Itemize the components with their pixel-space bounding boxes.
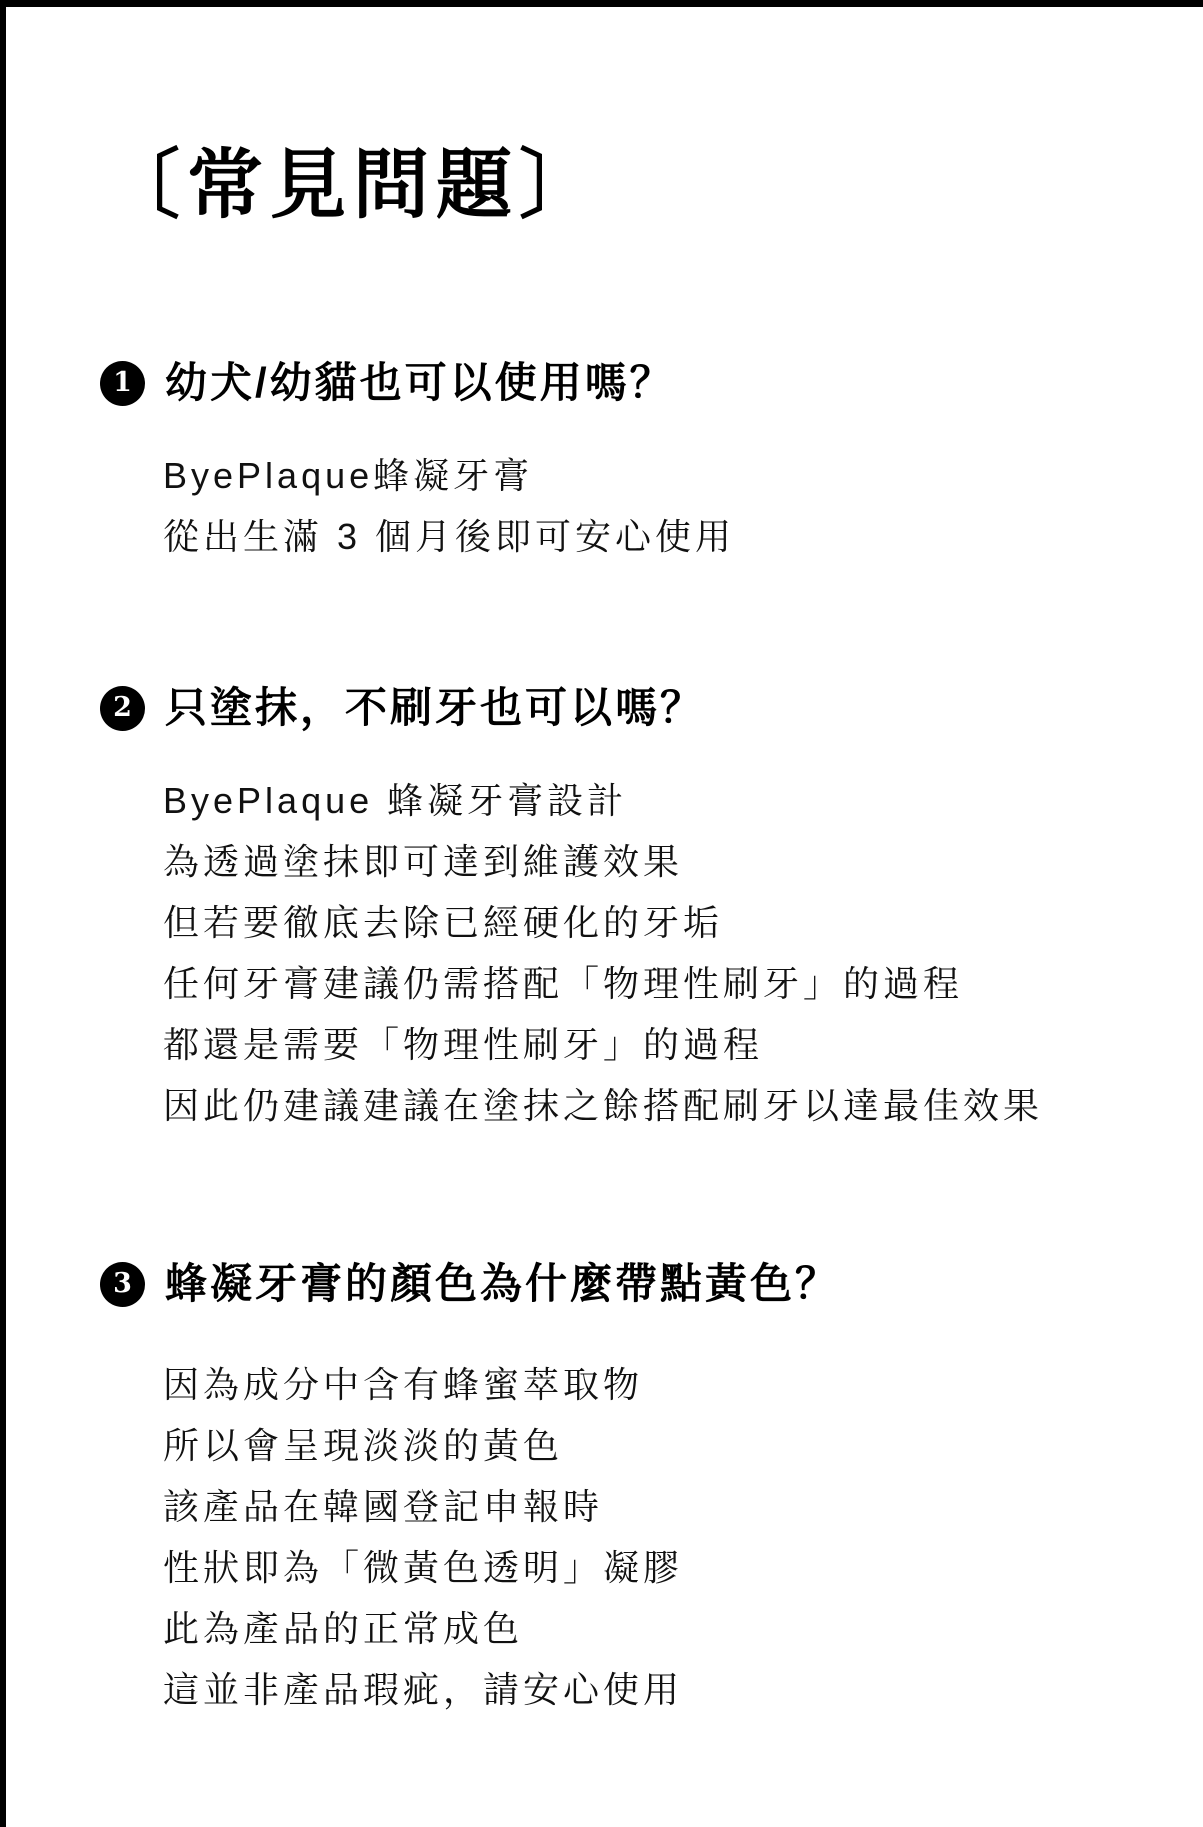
faq-item-2: 2 只塗抹，不刷牙也可以嗎？ ByePlaque 蜂凝牙膏設計 為透過塗抹即可達… bbox=[0, 682, 1203, 1136]
answer-line: 都還是需要「物理性刷牙」的過程 bbox=[163, 1014, 1203, 1075]
answer-line: 這並非產品瑕疵，請安心使用 bbox=[163, 1659, 1203, 1720]
answer-line: 所以會呈現淡淡的黃色 bbox=[163, 1415, 1203, 1476]
answer-line: 為透過塗抹即可達到維護效果 bbox=[163, 831, 1203, 892]
faq-answer-3: 因為成分中含有蜂蜜萃取物 所以會呈現淡淡的黃色 該產品在韓國登記申報時 性狀即為… bbox=[163, 1354, 1203, 1720]
answer-line: 性狀即為「微黃色透明」凝膠 bbox=[163, 1537, 1203, 1598]
answer-line: 該產品在韓國登記申報時 bbox=[163, 1476, 1203, 1537]
faq-question-text-1: 幼犬/幼貓也可以使用嗎？ bbox=[165, 357, 675, 409]
answer-line: 此為產品的正常成色 bbox=[163, 1598, 1203, 1659]
answer-line: 任何牙膏建議仍需搭配「物理性刷牙」的過程 bbox=[163, 953, 1203, 1014]
faq-item-1: 1 幼犬/幼貓也可以使用嗎？ ByePlaque蜂凝牙膏 從出生滿 3 個月後即… bbox=[0, 357, 1203, 567]
faq-answer-1: ByePlaque蜂凝牙膏 從出生滿 3 個月後即可安心使用 bbox=[163, 445, 1203, 567]
faq-question-text-3: 蜂凝牙膏的顏色為什麼帶點黃色？ bbox=[165, 1258, 840, 1310]
circled-number-2-icon: 2 bbox=[100, 686, 145, 731]
faq-answer-2: ByePlaque 蜂凝牙膏設計 為透過塗抹即可達到維護效果 但若要徹底去除已經… bbox=[163, 770, 1203, 1136]
faq-item-3: 3 蜂凝牙膏的顏色為什麼帶點黃色？ 因為成分中含有蜂蜜萃取物 所以會呈現淡淡的黃… bbox=[0, 1258, 1203, 1720]
faq-question-text-2: 只塗抹，不刷牙也可以嗎？ bbox=[165, 682, 705, 734]
faq-question-row-3: 3 蜂凝牙膏的顏色為什麼帶點黃色？ bbox=[100, 1258, 1203, 1310]
answer-line: 因此仍建議建議在塗抹之餘搭配刷牙以達最佳效果 bbox=[163, 1075, 1203, 1136]
circled-number-3-icon: 3 bbox=[100, 1262, 145, 1307]
answer-line: 但若要徹底去除已經硬化的牙垢 bbox=[163, 892, 1203, 953]
answer-line: 因為成分中含有蜂蜜萃取物 bbox=[163, 1354, 1203, 1415]
circled-number-1-icon: 1 bbox=[100, 361, 145, 406]
faq-question-row-2: 2 只塗抹，不刷牙也可以嗎？ bbox=[100, 682, 1203, 734]
answer-line: ByePlaque蜂凝牙膏 bbox=[163, 445, 1203, 506]
faq-question-row-1: 1 幼犬/幼貓也可以使用嗎？ bbox=[100, 357, 1203, 409]
answer-line: 從出生滿 3 個月後即可安心使用 bbox=[163, 506, 1203, 567]
page-title: 〔常見問題〕 bbox=[104, 140, 1203, 231]
faq-page: 〔常見問題〕 1 幼犬/幼貓也可以使用嗎？ ByePlaque蜂凝牙膏 從出生滿… bbox=[0, 0, 1203, 1720]
answer-line: ByePlaque 蜂凝牙膏設計 bbox=[163, 770, 1203, 831]
